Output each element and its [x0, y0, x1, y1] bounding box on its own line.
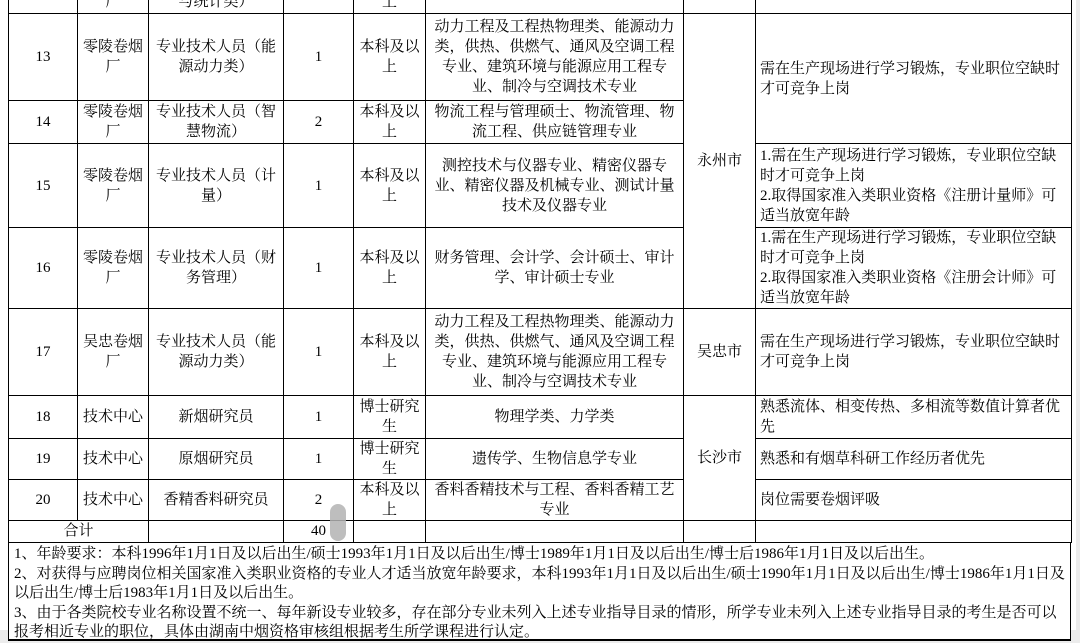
total-city-empty [684, 521, 756, 543]
cell-unit: 技术中心 [78, 480, 149, 521]
total-majors-empty [426, 521, 684, 543]
cell-education: 本科及以上 [354, 228, 426, 309]
table-row: 17 吴忠卷烟厂 专业技术人员（能源动力类） 1 本科及以上 动力工程及工程热物… [9, 309, 1072, 396]
cell-count: 1 [284, 14, 354, 101]
cell-city: 吴忠市 [684, 309, 756, 396]
cell-majors: 测控技术与仪器专业、精密仪器专业、精密仪器及机械专业、测试计量技术及仪器专业 [426, 144, 684, 228]
cell-majors: 物流工程与管理硕士、物流管理、物流工程、供应链管理专业 [426, 101, 684, 144]
cell-no: 19 [9, 439, 78, 480]
cell-no: 20 [9, 480, 78, 521]
cell-unit: 技术中心 [78, 439, 149, 480]
recruitment-table: 厂 与统计类） 上 13 零陵卷烟厂 专业技术人员（能源动力类） 1 本科及以上… [8, 0, 1072, 543]
cell-count: 1 [284, 228, 354, 309]
cell-note: 熟悉和有烟草科研工作经历者优先 [756, 439, 1072, 480]
cell-education: 本科及以上 [354, 309, 426, 396]
recruitment-table-wrap: 厂 与统计类） 上 13 零陵卷烟厂 专业技术人员（能源动力类） 1 本科及以上… [8, 0, 1073, 639]
document-page: 厂 与统计类） 上 13 零陵卷烟厂 专业技术人员（能源动力类） 1 本科及以上… [0, 0, 1076, 630]
cell-no: 18 [9, 396, 78, 439]
cell-majors: 财务管理、会计学、会计硕士、审计学、审计硕士专业 [426, 228, 684, 309]
cell-position: 专业技术人员（能源动力类） [149, 309, 284, 396]
cell-count: 1 [284, 144, 354, 228]
total-position-empty [149, 521, 284, 543]
cell-count: 1 [284, 396, 354, 439]
cell-city: 长沙市 [684, 396, 756, 521]
cell-education: 博士研究生 [354, 396, 426, 439]
cell-note: 1.需在生产现场进行学习锻炼，专业职位空缺时才可竞争上岗 2.取得国家准入类职业… [756, 144, 1072, 228]
table-row: 18 技术中心 新烟研究员 1 博士研究生 物理学类、力学类 长沙市 熟悉流体、… [9, 396, 1072, 439]
cell-unit-partial: 厂 [78, 0, 149, 14]
total-label: 合计 [9, 521, 149, 543]
cell-position: 原烟研究员 [149, 439, 284, 480]
footnote-1: 1、年龄要求：本科1996年1月1日及以后出生/硕士1993年1月1日及以后出生… [14, 545, 1065, 565]
cell-position: 专业技术人员（计量） [149, 144, 284, 228]
cell-note: 需在生产现场进行学习锻炼，专业职位空缺时才可竞争上岗 [756, 14, 1072, 144]
cell-position: 香精香料研究员 [149, 480, 284, 521]
footnote-2: 2、对获得与应聘岗位相关国家准入类职业资格的专业人才适当放宽年龄要求，本科199… [14, 565, 1065, 604]
cell-unit: 技术中心 [78, 396, 149, 439]
cell-no: 13 [9, 14, 78, 101]
cell-unit: 零陵卷烟厂 [78, 144, 149, 228]
cell-majors: 遗传学、生物信息学专业 [426, 439, 684, 480]
cell-no: 15 [9, 144, 78, 228]
cell-position: 专业技术人员（能源动力类） [149, 14, 284, 101]
table-row: 19 技术中心 原烟研究员 1 博士研究生 遗传学、生物信息学专业 熟悉和有烟草… [9, 439, 1072, 480]
cell-unit: 零陵卷烟厂 [78, 228, 149, 309]
cell-count: 2 [284, 101, 354, 144]
table-row: 20 技术中心 香精香料研究员 2 本科及以上 香料香精技术与工程、香料香精工艺… [9, 480, 1072, 521]
cell-no-partial [9, 0, 78, 14]
table-row-total: 合计 40 [9, 521, 1072, 543]
cell-education: 本科及以上 [354, 14, 426, 101]
cell-city-partial [684, 0, 756, 14]
cell-no: 16 [9, 228, 78, 309]
cell-majors: 物理学类、力学类 [426, 396, 684, 439]
table-row-partial: 厂 与统计类） 上 [9, 0, 1072, 14]
cell-position: 专业技术人员（财务管理） [149, 228, 284, 309]
cell-note: 需在生产现场进行学习锻炼，专业职位空缺时才可竞争上岗 [756, 309, 1072, 396]
table-row: 15 零陵卷烟厂 专业技术人员（计量） 1 本科及以上 测控技术与仪器专业、精密… [9, 144, 1072, 228]
cell-no: 14 [9, 101, 78, 144]
total-note-empty [756, 521, 1072, 543]
cell-note: 岗位需要卷烟评吸 [756, 480, 1072, 521]
vertical-scrollbar-thumb[interactable] [330, 504, 346, 541]
cell-majors-partial [426, 0, 684, 14]
cell-unit: 零陵卷烟厂 [78, 101, 149, 144]
cell-note: 熟悉流体、相变传热、多相流等数值计算者优先 [756, 396, 1072, 439]
table-row: 13 零陵卷烟厂 专业技术人员（能源动力类） 1 本科及以上 动力工程及工程热物… [9, 14, 1072, 101]
cell-position-partial: 与统计类） [149, 0, 284, 14]
table-row: 16 零陵卷烟厂 专业技术人员（财务管理） 1 本科及以上 财务管理、会计学、会… [9, 228, 1072, 309]
cell-note-partial [756, 0, 1072, 14]
cell-count-partial [284, 0, 354, 14]
footnote-3: 3、由于各类院校专业名称设置不统一、每年新设专业较多，存在部分专业未列入上述专业… [14, 604, 1065, 640]
cell-majors: 动力工程及工程热物理类、能源动力类，供热、供燃气、通风及空调工程专业、建筑环境与… [426, 309, 684, 396]
cell-education-partial: 上 [354, 0, 426, 14]
cell-education: 本科及以上 [354, 101, 426, 144]
cell-majors: 动力工程及工程热物理类、能源动力类，供热、供燃气、通风及空调工程专业、建筑环境与… [426, 14, 684, 101]
cell-majors: 香料香精技术与工程、香料香精工艺专业 [426, 480, 684, 521]
cell-city: 永州市 [684, 14, 756, 309]
cell-note: 1.需在生产现场进行学习锻炼，专业职位空缺时才可竞争上岗 2.取得国家准入类职业… [756, 228, 1072, 309]
cell-unit: 零陵卷烟厂 [78, 14, 149, 101]
cell-education: 博士研究生 [354, 439, 426, 480]
cell-position: 新烟研究员 [149, 396, 284, 439]
cell-count: 1 [284, 439, 354, 480]
cell-position: 专业技术人员（智慧物流） [149, 101, 284, 144]
total-education-empty [354, 521, 426, 543]
cell-education: 本科及以上 [354, 480, 426, 521]
cell-education: 本科及以上 [354, 144, 426, 228]
cell-unit: 吴忠卷烟厂 [78, 309, 149, 396]
footnotes-block: 1、年龄要求：本科1996年1月1日及以后出生/硕士1993年1月1日及以后出生… [8, 543, 1071, 639]
cell-count: 1 [284, 309, 354, 396]
cell-no: 17 [9, 309, 78, 396]
